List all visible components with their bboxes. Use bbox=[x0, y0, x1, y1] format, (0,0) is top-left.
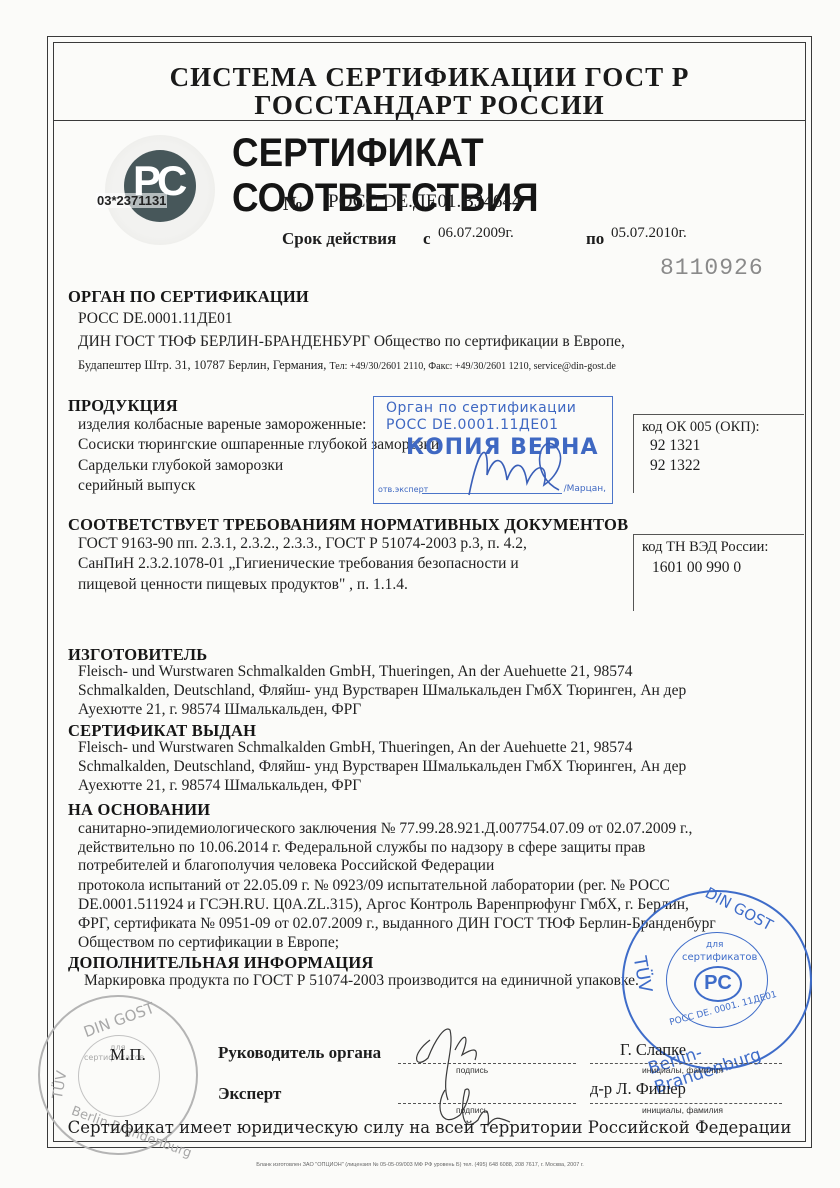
certificate-number: РОСС DE.ДЕ01.В34644 bbox=[328, 191, 521, 213]
issued-to-heading: СЕРТИФИКАТ ВЫДАН bbox=[68, 721, 256, 741]
manufacturer-heading: ИЗГОТОВИТЕЛЬ bbox=[68, 645, 207, 665]
certification-body-address: Будапештер Штр. 31, 10787 Берлин, Герман… bbox=[78, 358, 616, 373]
okp-code: 92 1322 bbox=[650, 457, 700, 475]
header-divider bbox=[53, 120, 806, 121]
issued-to-line: Ауехютте 21, г. 98574 Шмалькальден, ФРГ bbox=[78, 777, 361, 795]
basis-heading: НА ОСНОВАНИИ bbox=[68, 800, 210, 820]
compliance-line: СанПиН 2.3.2.1078-01 „Гигиенические треб… bbox=[78, 555, 519, 573]
expert-name-line bbox=[590, 1103, 782, 1104]
certification-body-heading: ОРГАН ПО СЕРТИФИКАЦИИ bbox=[68, 287, 309, 307]
issued-to-line: Fleisch- und Wurstwaren Schmalkalden Gmb… bbox=[78, 739, 633, 757]
validity-from-prefix: с bbox=[423, 229, 431, 249]
product-heading: ПРОДУКЦИЯ bbox=[68, 396, 178, 416]
stamp-signature-icon bbox=[459, 435, 569, 503]
manufacturer-line: Fleisch- und Wurstwaren Schmalkalden Gmb… bbox=[78, 663, 633, 681]
certification-body-line: РОСС DE.0001.11ДЕ01 bbox=[78, 310, 233, 328]
stamp-signer-role: отв.эксперт bbox=[378, 485, 428, 494]
stamp-signer-name: /Марцан, bbox=[564, 484, 606, 494]
rst-logo-serial: 03*2371131 bbox=[96, 193, 167, 208]
head-name: Г. Слапке bbox=[620, 1040, 686, 1060]
validity-to-prefix: по bbox=[586, 229, 604, 249]
compliance-heading: СООТВЕТСТВУЕТ ТРЕБОВАНИЯМ НОРМАТИВНЫХ ДО… bbox=[68, 515, 628, 535]
tnved-code-box: код ТН ВЭД России: 1601 00 990 0 bbox=[633, 534, 804, 611]
expert-name-caption: инициалы, фамилия bbox=[642, 1105, 723, 1115]
head-name-caption: инициалы, фамилия bbox=[642, 1065, 723, 1075]
validity-label: Срок действия bbox=[282, 229, 396, 249]
printer-note: Бланк изготовлен ЗАО "ОПЦИОН" (лицензия … bbox=[0, 1162, 840, 1168]
rst-mark-icon: PC bbox=[694, 966, 742, 1002]
additional-info-heading: ДОПОЛНИТЕЛЬНАЯ ИНФОРМАЦИЯ bbox=[68, 953, 374, 973]
contact-text: Тел: +49/30/2601 2110, Факс: +49/30/2601… bbox=[329, 361, 615, 372]
compliance-line: пищевой ценности пищевых продуктов" , п.… bbox=[78, 576, 408, 594]
tnved-code-label: код ТН ВЭД России: bbox=[642, 539, 768, 556]
validity-from: 06.07.2009г. bbox=[438, 225, 514, 242]
okp-code: 92 1321 bbox=[650, 437, 700, 455]
seal-left-text: TÜV bbox=[50, 1070, 71, 1101]
form-serial-number: 8110926 bbox=[660, 255, 764, 281]
basis-line: действительно по 10.06.2014 г. Федеральн… bbox=[78, 839, 645, 857]
additional-info-line: Маркировка продукта по ГОСТ Р 51074-2003… bbox=[84, 972, 639, 990]
basis-line: протокола испытаний от 22.05.09 г. № 092… bbox=[78, 877, 670, 895]
expert-label: Эксперт bbox=[218, 1084, 281, 1104]
basis-line: потребителей и благополучия человека Рос… bbox=[78, 857, 494, 875]
expert-name: д-р Л. Фишер bbox=[590, 1079, 686, 1099]
system-title-line2: ГОССТАНДАРТ РОССИИ bbox=[53, 88, 806, 122]
stamp-line: Орган по сертификации bbox=[386, 400, 576, 416]
stamp-inner-top: для bbox=[706, 940, 723, 950]
head-name-line bbox=[590, 1063, 782, 1064]
certification-body-line: ДИН ГОСТ ТЮФ БЕРЛИН-БРАНДЕНБУРГ Общество… bbox=[78, 333, 625, 351]
number-label: № bbox=[283, 193, 303, 216]
tnved-code: 1601 00 990 0 bbox=[652, 559, 741, 577]
manufacturer-line: Ауехютте 21, г. 98574 Шмалькальден, ФРГ bbox=[78, 701, 361, 719]
okp-code-box: код ОК 005 (ОКП): 92 1321 92 1322 bbox=[633, 414, 804, 493]
issued-to-line: Schmalkalden, Deutschland, Фляйш- унд Ву… bbox=[78, 758, 686, 776]
copy-verified-stamp: Орган по сертификации РОСС DE.0001.11ДЕ0… bbox=[373, 396, 613, 504]
compliance-line: ГОСТ 9163-90 пп. 2.3.1, 2.3.2., 2.3.3., … bbox=[78, 535, 527, 553]
address-text: Будапештер Штр. 31, 10787 Берлин, Герман… bbox=[78, 358, 326, 372]
stamp-left-text: TÜV bbox=[629, 955, 656, 995]
head-of-body-label: Руководитель органа bbox=[218, 1043, 381, 1063]
stamp-line: РОСС DE.0001.11ДЕ01 bbox=[386, 417, 559, 433]
seal-place-label: М.П. bbox=[110, 1045, 146, 1065]
product-line: серийный выпуск bbox=[78, 477, 195, 495]
basis-line: санитарно-эпидемиологического заключения… bbox=[78, 820, 692, 838]
stamp-inner-mid: сертификатов bbox=[682, 952, 757, 963]
basis-line: ФРГ, сертификата № 0951-09 от 02.07.2009… bbox=[78, 915, 716, 933]
okp-code-label: код ОК 005 (ОКП): bbox=[642, 419, 760, 436]
manufacturer-line: Schmalkalden, Deutschland, Фляйш- унд Ву… bbox=[78, 682, 686, 700]
validity-to: 05.07.2010г. bbox=[611, 225, 687, 242]
product-line: изделия колбасные вареные замороженные: bbox=[78, 416, 366, 434]
basis-line: DE.0001.511924 и ГСЭН.RU. Ц0А.ZL.315), А… bbox=[78, 896, 689, 914]
basis-line: Обществом по сертификации в Европе; bbox=[78, 934, 339, 952]
legal-validity-statement: Сертификат имеет юридическую силу на все… bbox=[53, 1118, 806, 1137]
product-line: Сардельки глубокой заморозки bbox=[78, 457, 283, 475]
